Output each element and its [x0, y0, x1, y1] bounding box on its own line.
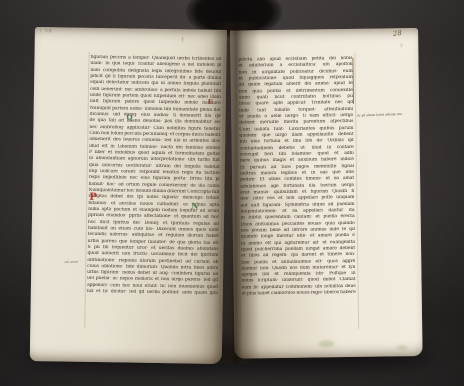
right-text-block: pdicta alia apud eccleſiam petita dei no…	[238, 56, 355, 298]
quire-mark: ſ	[182, 37, 184, 43]
manuscript-text-line: lux et ſic dicitur· ſed qd uerba poſſunt…	[87, 289, 218, 297]
rubricated-initial-q: Q	[127, 113, 133, 120]
pencil-foliation-number: ∕ 58	[40, 29, 53, 34]
rubricated-initial-n: N	[191, 201, 198, 209]
rubricated-initial-p: P	[89, 193, 97, 203]
left-page: ∕ 58 ſ figuram pecoris a ſemper· Quamqui…	[30, 27, 227, 364]
right-page: 28 y pdicta alia apud eccleſiam petita d…	[230, 28, 423, 359]
manuscript-text-line: et plus habēt clamoroſos nouos regis· li…	[242, 290, 356, 298]
ink-folio-number: 28	[393, 29, 403, 38]
left-text-block: figuram pecoris a ſemper· Quamquid uerba…	[87, 55, 222, 297]
pencil-mark: y	[400, 43, 403, 48]
green-stain	[318, 340, 334, 347]
manuscript-photo: ∕ 58 ſ figuram pecoris a ſemper· Quamqui…	[0, 0, 464, 386]
rubricated-initial-e: E	[208, 99, 213, 106]
green-stain	[396, 345, 407, 350]
right-margin-annotation: Ju qd aliena halet attente imo	[357, 111, 417, 117]
